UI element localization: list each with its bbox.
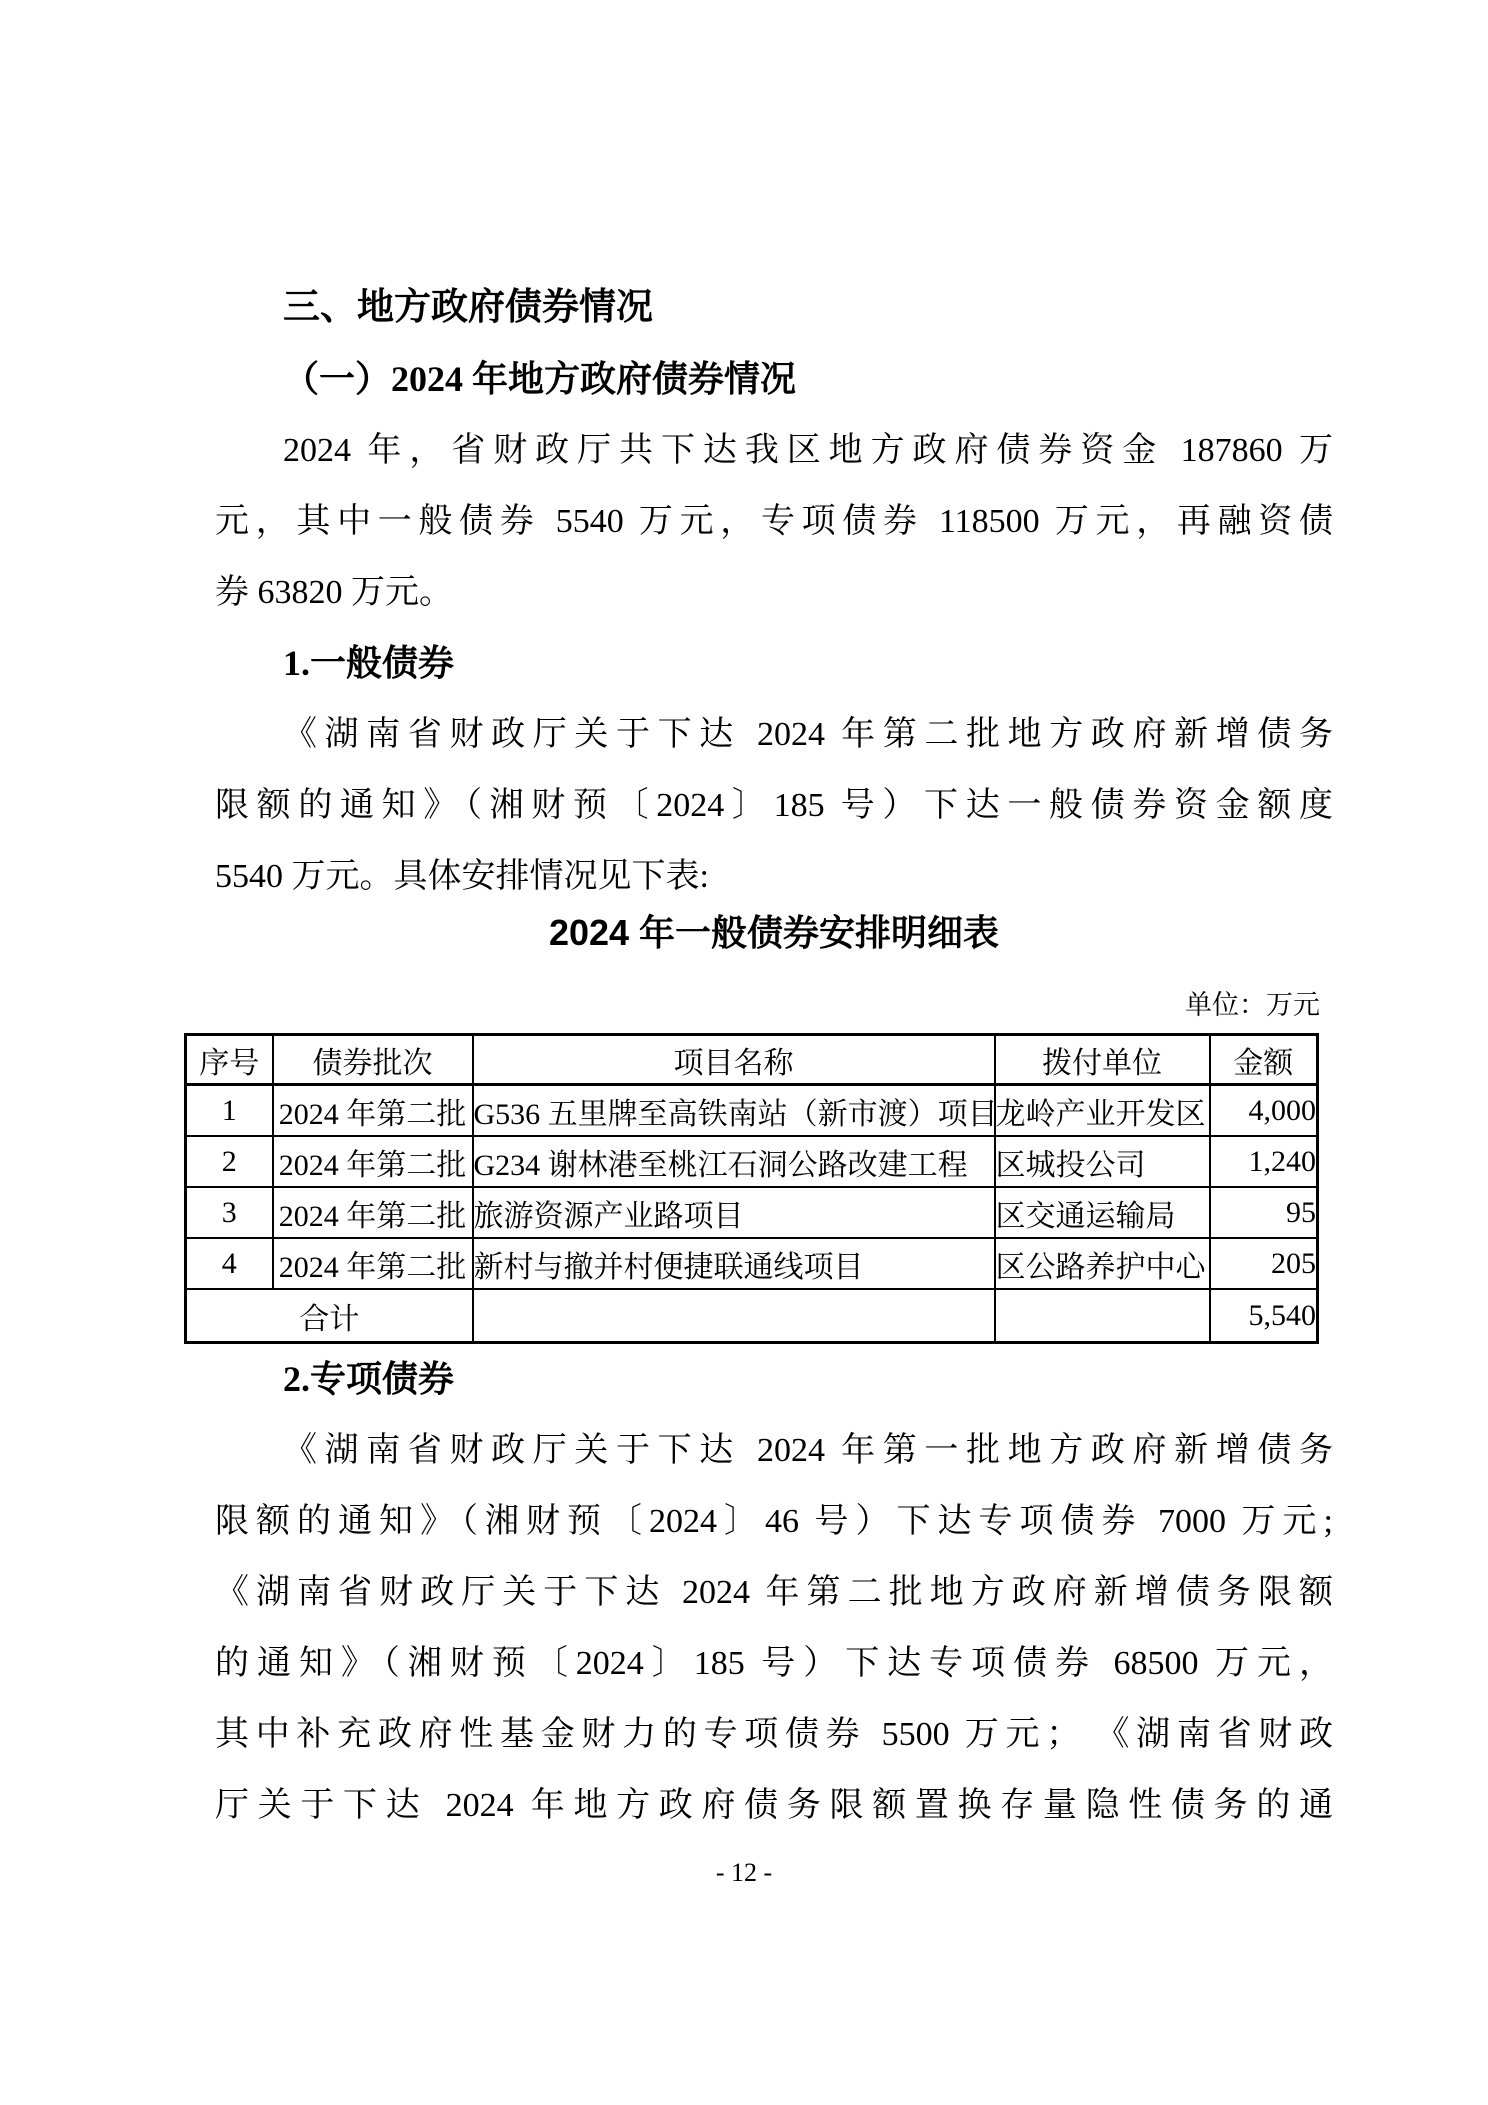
section-heading: 三、地方政府债券情况	[215, 271, 1333, 343]
cell-amount: 4,000	[1210, 1085, 1318, 1137]
cell-no: 2	[186, 1136, 273, 1187]
page-number: - 12 -	[0, 1855, 1488, 1891]
cell-project: G536 五里牌至高铁南站（新市渡）项目	[473, 1085, 995, 1137]
col-header-amount: 金额	[1210, 1035, 1318, 1085]
col-header-pay-unit: 拨付单位	[995, 1035, 1210, 1085]
cell-batch: 2024 年第二批	[273, 1187, 473, 1238]
cell-amount: 205	[1210, 1238, 1318, 1289]
table-row: 1 2024 年第二批 G536 五里牌至高铁南站（新市渡）项目 龙岭产业开发区…	[186, 1085, 1318, 1137]
col-header-project: 项目名称	[473, 1035, 995, 1085]
table-unit-label: 单位：万元	[215, 985, 1333, 1025]
general-bond-table: 序号 债券批次 项目名称 拨付单位 金额 1 2024 年第二批 G536 五里…	[184, 1033, 1319, 1344]
paragraph-line: 限额的通知》（湘财预〔2024〕46 号）下达专项债券 7000 万元;	[215, 1486, 1333, 1557]
col-header-no: 序号	[186, 1035, 273, 1085]
page-content: 三、地方政府债券情况 （一）2024 年地方政府债券情况 2024 年，省财政厅…	[215, 0, 1333, 1841]
paragraph-line: 厅关于下达 2024 年地方政府债务限额置换存量隐性债务的通	[215, 1770, 1333, 1841]
cell-total-label: 合计	[186, 1289, 473, 1343]
paragraph-line: 元，其中一般债券 5540 万元，专项债券 118500 万元，再融资债	[215, 486, 1333, 557]
cell-amount: 95	[1210, 1187, 1318, 1238]
cell-amount: 1,240	[1210, 1136, 1318, 1187]
cell-empty	[473, 1289, 995, 1343]
paragraph-line: 限额的通知》（湘财预〔2024〕185 号）下达一般债券资金额度	[215, 770, 1333, 841]
table-row: 4 2024 年第二批 新村与撤并村便捷联通线项目 区公路养护中心 205	[186, 1238, 1318, 1289]
heading-special-bonds: 2.专项债券	[215, 1344, 1333, 1415]
cell-pay-unit: 龙岭产业开发区	[995, 1085, 1210, 1137]
paragraph-line: 其中补充政府性基金财力的专项债券 5500 万元； 《湖南省财政	[215, 1699, 1333, 1770]
cell-batch: 2024 年第二批	[273, 1085, 473, 1137]
cell-pay-unit: 区城投公司	[995, 1136, 1210, 1187]
col-header-batch: 债券批次	[273, 1035, 473, 1085]
cell-batch: 2024 年第二批	[273, 1238, 473, 1289]
cell-no: 4	[186, 1238, 273, 1289]
cell-pay-unit: 区交通运输局	[995, 1187, 1210, 1238]
subsection-heading: （一）2024 年地方政府债券情况	[215, 343, 1333, 415]
table-row: 2 2024 年第二批 G234 谢林港至桃江石洞公路改建工程 区城投公司 1,…	[186, 1136, 1318, 1187]
paragraph-line: 《湖南省财政厅关于下达 2024 年第二批地方政府新增债务限额	[215, 1557, 1333, 1628]
paragraph-overview: 2024 年，省财政厅共下达我区地方政府债券资金 187860 万 元，其中一般…	[215, 415, 1333, 628]
paragraph-line: 券 63820 万元。	[215, 557, 1333, 628]
paragraph-line: 的通知》（湘财预〔2024〕185 号）下达专项债券 68500 万元，	[215, 1628, 1333, 1699]
cell-project: 新村与撤并村便捷联通线项目	[473, 1238, 995, 1289]
cell-project: 旅游资源产业路项目	[473, 1187, 995, 1238]
paragraph-line: 《湖南省财政厅关于下达 2024 年第一批地方政府新增债务	[215, 1415, 1333, 1486]
paragraph-special-bonds: 《湖南省财政厅关于下达 2024 年第一批地方政府新增债务 限额的通知》（湘财预…	[215, 1415, 1333, 1841]
document-page: 三、地方政府债券情况 （一）2024 年地方政府债券情况 2024 年，省财政厅…	[0, 0, 1488, 2105]
paragraph-general-bonds: 《湖南省财政厅关于下达 2024 年第二批地方政府新增债务 限额的通知》（湘财预…	[215, 699, 1333, 912]
table-header-row: 序号 债券批次 项目名称 拨付单位 金额	[186, 1035, 1318, 1085]
cell-total-amount: 5,540	[1210, 1289, 1318, 1343]
paragraph-line: 《湖南省财政厅关于下达 2024 年第二批地方政府新增债务	[215, 699, 1333, 770]
cell-no: 1	[186, 1085, 273, 1137]
cell-empty	[995, 1289, 1210, 1343]
table-row: 3 2024 年第二批 旅游资源产业路项目 区交通运输局 95	[186, 1187, 1318, 1238]
cell-batch: 2024 年第二批	[273, 1136, 473, 1187]
cell-project: G234 谢林港至桃江石洞公路改建工程	[473, 1136, 995, 1187]
heading-general-bonds: 1.一般债券	[215, 628, 1333, 699]
cell-pay-unit: 区公路养护中心	[995, 1238, 1210, 1289]
table-total-row: 合计 5,540	[186, 1289, 1318, 1343]
cell-no: 3	[186, 1187, 273, 1238]
paragraph-line: 2024 年，省财政厅共下达我区地方政府债券资金 187860 万	[215, 415, 1333, 486]
